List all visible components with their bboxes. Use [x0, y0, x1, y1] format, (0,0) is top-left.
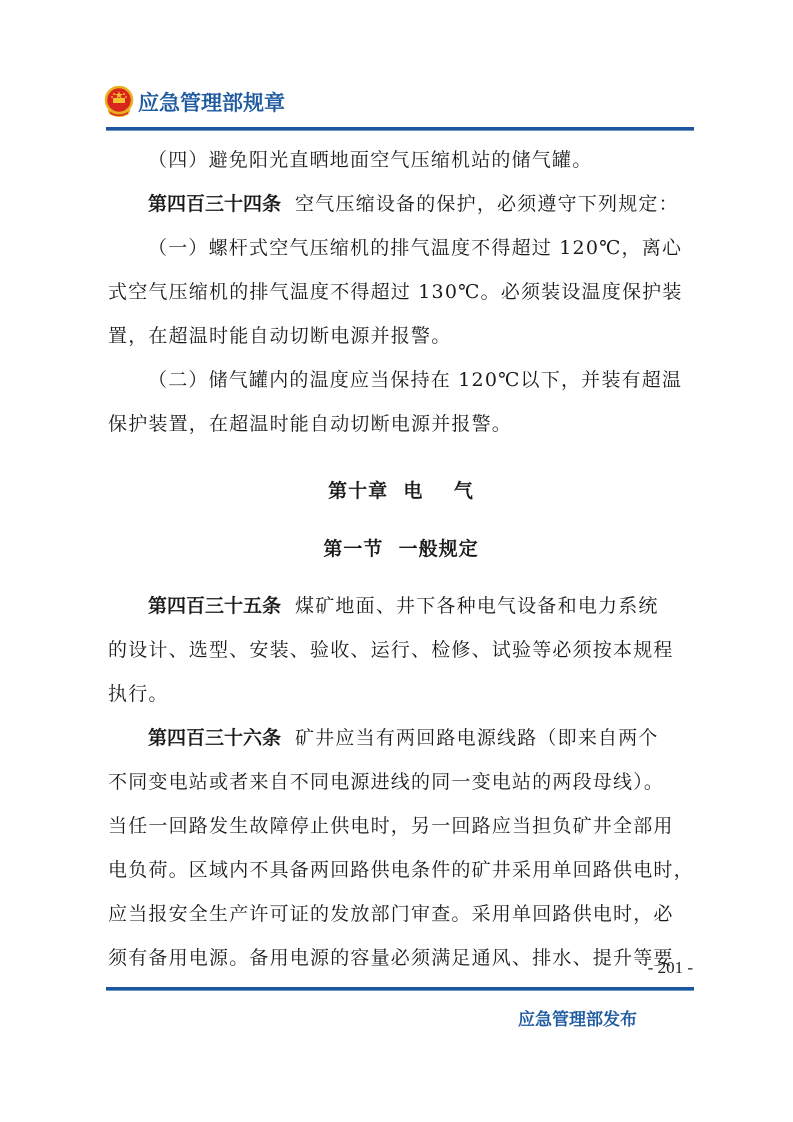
page-header: 应急管理部规章	[104, 84, 285, 120]
article-number: 第四百三十五条	[148, 595, 281, 617]
paragraph-line: 保护装置，在超温时能自动切断电源并报警。	[108, 402, 694, 446]
paragraph-line: 的设计、选型、安装、验收、运行、检修、试验等必须按本规程	[108, 628, 694, 672]
paragraph-line: （一）螺杆式空气压缩机的排气温度不得超过 120℃，离心	[108, 226, 694, 270]
header-title: 应急管理部规章	[138, 87, 285, 117]
national-emblem-icon	[104, 86, 134, 118]
line-text: 煤矿地面、井下各种电气设备和电力系统	[295, 595, 659, 617]
footer-divider	[106, 987, 694, 991]
footer-publisher: 应急管理部发布	[518, 1005, 637, 1030]
line-text: 应当报安全生产许可证的发放部门审查。采用单回路供电时，必	[108, 903, 674, 925]
header-divider	[106, 127, 694, 131]
article-number: 第四百三十六条	[148, 727, 281, 749]
page-number: - 201 -	[648, 958, 693, 978]
paragraph-line: 当任一回路发生故障停止供电时，另一回路应当担负矿井全部用	[108, 804, 694, 848]
line-text: （四）避免阳光直晒地面空气压缩机站的储气罐。	[148, 149, 592, 171]
paragraph-line: （四）避免阳光直晒地面空气压缩机站的储气罐。	[108, 138, 694, 182]
paragraph-line: 须有备用电源。备用电源的容量必须满足通风、排水、提升等要	[108, 936, 694, 980]
paragraph-line: 不同变电站或者来自不同电源进线的同一变电站的两段母线）。	[108, 760, 694, 804]
line-text: （一）螺杆式空气压缩机的排气温度不得超过 120℃，离心	[148, 237, 682, 259]
article-434: 第四百三十四条空气压缩设备的保护，必须遵守下列规定：	[108, 182, 694, 226]
paragraph-line: 式空气压缩机的排气温度不得超过 130℃。必须装设温度保护装	[108, 270, 694, 314]
paragraph-line: 执行。	[108, 672, 694, 716]
line-text: 执行。	[108, 683, 169, 705]
line-text: 置，在超温时能自动切断电源并报警。	[108, 325, 451, 347]
line-text: 的设计、选型、安装、验收、运行、检修、试验等必须按本规程	[108, 639, 674, 661]
line-text: 空气压缩设备的保护，必须遵守下列规定：	[295, 193, 679, 215]
line-text: 不同变电站或者来自不同电源进线的同一变电站的两段母线）。	[108, 771, 664, 793]
line-text: 保护装置，在超温时能自动切断电源并报警。	[108, 413, 512, 435]
article-436: 第四百三十六条矿井应当有两回路电源线路（即来自两个	[108, 716, 694, 760]
paragraph-line: （二）储气罐内的温度应当保持在 120℃以下，并装有超温	[108, 358, 694, 402]
line-text: 须有备用电源。备用电源的容量必须满足通风、排水、提升等要	[108, 947, 674, 969]
line-text: 电负荷。区域内不具备两回路供电条件的矿井采用单回路供电时，	[108, 859, 694, 881]
section-heading: 第一节 一般规定	[108, 520, 694, 578]
document-body: （四）避免阳光直晒地面空气压缩机站的储气罐。 第四百三十四条空气压缩设备的保护，…	[108, 138, 694, 980]
article-435: 第四百三十五条煤矿地面、井下各种电气设备和电力系统	[108, 584, 694, 628]
line-text: （二）储气罐内的温度应当保持在 120℃以下，并装有超温	[148, 369, 682, 391]
line-text: 式空气压缩机的排气温度不得超过 130℃。必须装设温度保护装	[108, 281, 683, 303]
line-text: 当任一回路发生故障停止供电时，另一回路应当担负矿井全部用	[108, 815, 674, 837]
paragraph-line: 置，在超温时能自动切断电源并报警。	[108, 314, 694, 358]
line-text: 矿井应当有两回路电源线路（即来自两个	[295, 727, 659, 749]
chapter-heading: 第十章 电 气	[108, 462, 694, 520]
article-number: 第四百三十四条	[148, 193, 281, 215]
paragraph-line: 应当报安全生产许可证的发放部门审查。采用单回路供电时，必	[108, 892, 694, 936]
paragraph-line: 电负荷。区域内不具备两回路供电条件的矿井采用单回路供电时，	[108, 848, 694, 892]
